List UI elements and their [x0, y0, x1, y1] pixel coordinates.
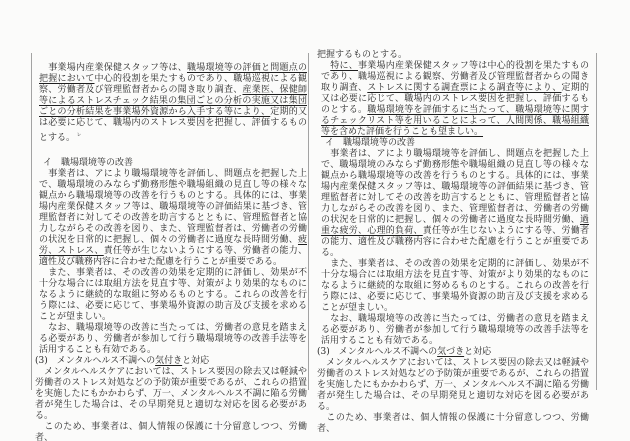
text-run: イ 職場環境等の改善	[43, 158, 133, 168]
para-personal-info-care: このため、事業者は、個人情報の保護に十分留意しつつ、労働者、	[317, 413, 589, 435]
text-run: (3) メンタルヘルス不調への	[35, 356, 155, 366]
text-run: 事業者は、アにより職場環境等を評価し、問題点を把握した上で、職場環境のみならず勤…	[321, 149, 589, 225]
text-run: なお、職場環境等の改善に当たっては、労働者の意見を踏まえる必要があり、労働者が参…	[321, 314, 589, 346]
text-run: また、事業者は、その改善の効果を定期的に評価し、効果が不十分な場合には取組方法を…	[39, 268, 307, 322]
revised-text-run: 気づき	[437, 347, 464, 357]
text-run: このため、事業者は、個人情報の保護に十分留意しつつ、労働者、	[317, 413, 589, 434]
revised-text-column: 事業場内産業保健スタッフ等は、職場環境等の評価と問題点の把握において中心的役割を…	[35, 63, 307, 441]
subheading-workplace-improvement: イ 職場環境等の改善	[325, 138, 589, 149]
para-improvement-detail: 事業者は、アにより職場環境等を評価し、問題点を把握した上で、職場環境のみならず勤…	[39, 169, 307, 268]
revised-text-run: ストレスに関する調査票による調査等により、	[367, 83, 561, 93]
column-divider	[308, 53, 309, 390]
heading-mental-health-awareness: (3) メンタルヘルス不調への気付きと対応	[35, 356, 307, 367]
blank-line	[35, 144, 307, 158]
text-run: イ 職場環境等の改善	[325, 138, 415, 148]
para-continuous-evaluation: また、事業者は、その改善の効果を定期的に評価し、効果が不十分な場合には取組方法を…	[321, 259, 589, 314]
text-run: 把握するものとする。	[317, 50, 407, 60]
subheading-workplace-improvement: イ 職場環境等の改善	[43, 158, 307, 169]
revised-text-run: 気付き	[155, 356, 182, 366]
revised-text-run: 特に、	[330, 61, 358, 71]
para-staff-role: 事業場内産業保健スタッフ等は、職場環境等の評価と問題点の把握において中心的役割を…	[39, 63, 307, 144]
text-run: 事業場内産業保健スタッフ等は、	[39, 63, 187, 73]
text-run: 事業者は、アにより職場環境等を評価し、問題点を把握した上で、職場環境のみならず勤…	[39, 169, 307, 245]
para-prevention-importance: メンタルヘルスケアにおいては、ストレス要因の除去又は軽減や労働者のストレス対処な…	[317, 358, 589, 413]
para-personal-info-care: このため、事業者は、個人情報の保護に十分留意しつつ、労働者、	[35, 422, 307, 441]
para-staff-role: 特に、事業場内産業保健スタッフ等は中心的役割を果たすものであり、職場巡視による観…	[321, 61, 589, 138]
text-run	[321, 61, 330, 71]
para-continuation-from-previous-page: 把握するものとする。	[317, 50, 589, 61]
para-prevention-importance: メンタルヘルスケアにおいては、ストレス要因の除去又は軽減や労働者のストレス対処な…	[35, 367, 307, 422]
text-run: と対応	[464, 347, 491, 357]
heading-mental-health-awareness: (3) メンタルヘルス不調への気づきと対応	[317, 347, 589, 358]
revision-check-mark: ㇾ	[76, 131, 82, 138]
text-run: と対応	[182, 356, 209, 366]
para-worker-opinions: なお、職場環境等の改善に当たっては、労働者の意見を踏まえる必要があり、労働者が参…	[39, 323, 307, 356]
text-run: メンタルヘルスケアにおいては、ストレス要因の除去又は軽減や労働者のストレス対処な…	[317, 358, 589, 412]
table-border-left	[31, 53, 32, 390]
text-run: なお、職場環境等の改善に当たっては、労働者の意見を踏まえる必要があり、労働者が参…	[39, 323, 307, 355]
table-border-right	[596, 53, 597, 390]
comparison-document-page: 事業場内産業保健スタッフ等は、職場環境等の評価と問題点の把握において中心的役割を…	[0, 0, 630, 441]
para-worker-opinions: なお、職場環境等の改善に当たっては、労働者の意見を踏まえる必要があり、労働者が参…	[321, 314, 589, 347]
text-run: このため、事業者は、個人情報の保護に十分留意しつつ、労働者、	[35, 422, 307, 441]
previous-text-column: 把握するものとする。 特に、事業場内産業保健スタッフ等は中心的役割を果たすもので…	[317, 50, 589, 435]
para-improvement-detail: 事業者は、アにより職場環境等を評価し、問題点を把握した上で、職場環境のみならず勤…	[321, 149, 589, 259]
text-run: メンタルヘルスケアにおいては、ストレス要因の除去又は軽減や労働者のストレス対処な…	[35, 367, 307, 421]
para-continuous-evaluation: また、事業者は、その改善の効果を定期的に評価し、効果が不十分な場合には取組方法を…	[39, 268, 307, 323]
text-run: また、事業者は、その改善の効果を定期的に評価し、効果が不十分な場合には取組方法を…	[321, 259, 589, 313]
text-run: (3) メンタルヘルス不調への	[317, 347, 437, 357]
